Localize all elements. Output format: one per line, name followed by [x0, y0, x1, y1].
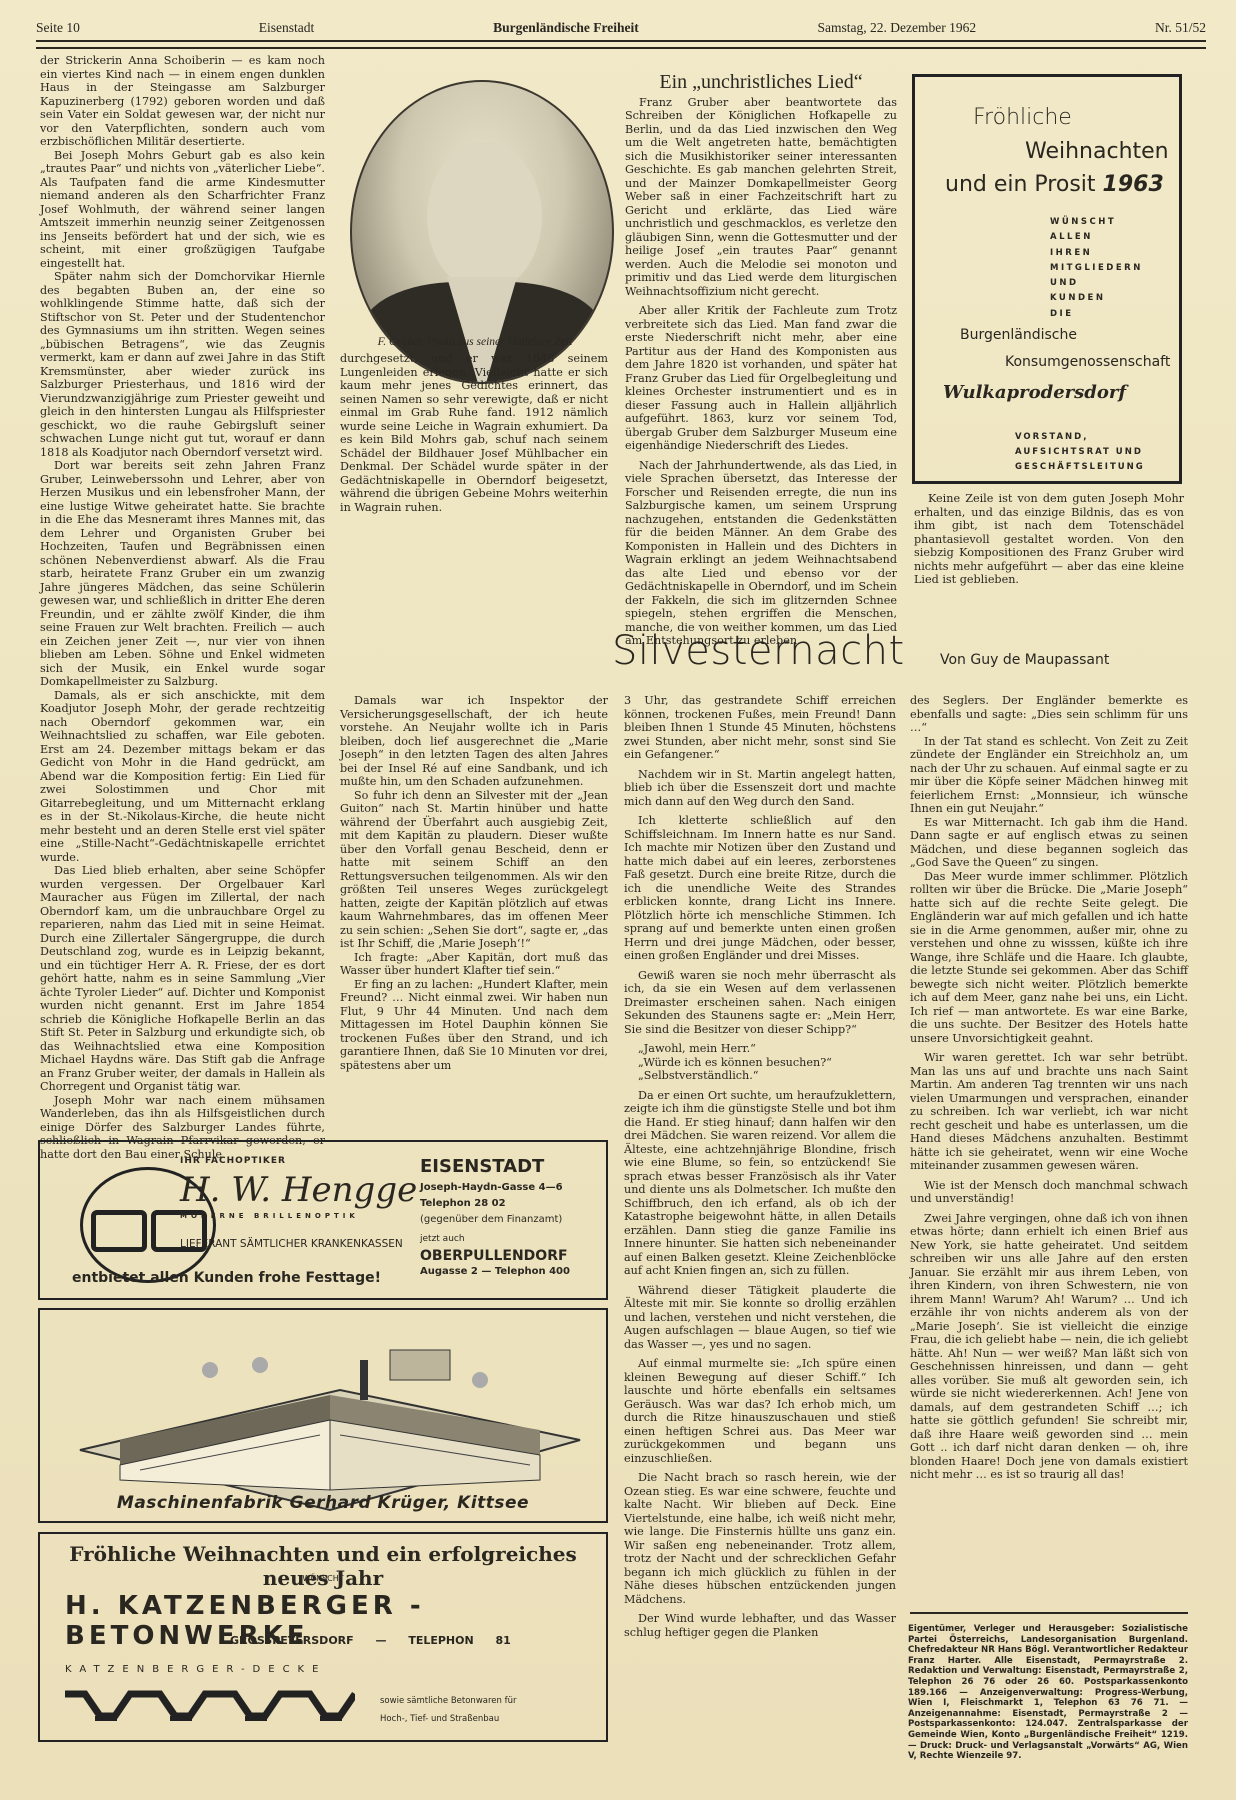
paragraph: Nachdem wir in St. Martin angelegt hatte… [624, 768, 896, 809]
paragraph: Franz Gruber aber beantwortete das Schre… [625, 96, 897, 299]
ad-org1: Burgenländische [960, 327, 1077, 343]
paragraph: Keine Zeile ist von dem guten Joseph Moh… [914, 492, 1184, 587]
ad-katzenberger-betonwerke: Fröhliche Weihnachten und ein erfolgreic… [38, 1532, 608, 1742]
ad-greeting-line3: und ein Prosit 1963 [945, 172, 1164, 197]
paragraph: Es war Mitternacht. Ich gab ihm die Hand… [910, 816, 1188, 870]
ad-product: KATZENBERGER-DECKE [65, 1664, 326, 1675]
caps-line: WÜNSCHT [1050, 215, 1143, 230]
ad-wish: WÜNSCHT [40, 1574, 606, 1583]
caps-line: IHREN [1050, 246, 1143, 261]
portrait-face [427, 142, 542, 292]
caps-line: ALLEN [1050, 230, 1143, 245]
addr-line: Joseph-Haydn-Gasse 4—6 [420, 1180, 563, 1196]
ad-city1: EISENSTADT [420, 1156, 544, 1177]
paragraph: Ich fragte: „Aber Kapitän, dort muß das … [340, 951, 608, 978]
paragraph: Später nahm sich der Domchorvikar Hiernl… [40, 270, 325, 459]
page-number: Seite 10 [36, 20, 80, 36]
subheadline: Ein „unchristliches Lied“ [625, 76, 897, 90]
paragraph: Damals war ich Inspektor der Versicherun… [340, 694, 608, 789]
story-byline: Von Guy de Maupassant [940, 652, 1109, 668]
ad-also: jetzt auch [420, 1234, 465, 1244]
ad-tagline: IHR FACHOPTIKER [180, 1156, 286, 1166]
silvester-col-a: Damals war ich Inspektor der Versicherun… [340, 694, 608, 1072]
masthead: Seite 10 Eisenstadt Burgenländische Frei… [36, 12, 1206, 36]
ad-city2: OBERPULLENDORF [420, 1248, 568, 1264]
factory-illustration-icon [60, 1330, 590, 1520]
issue-date: Samstag, 22. Dezember 1962 [818, 20, 977, 36]
paragraph: der Strickerin Anna Schoiberin — es kam … [40, 54, 325, 149]
paragraph: In der Tat stand es schlecht. Von Zeit z… [910, 735, 1188, 816]
newspaper-page: Seite 10 Eisenstadt Burgenländische Frei… [0, 0, 1236, 1800]
ad-products: sowie sämtliche Betonwaren für Hoch-, Ti… [380, 1692, 516, 1728]
caps-line: VORSTAND, [1015, 430, 1145, 445]
paragraph: Aber aller Kritik der Fachleute zum Trot… [625, 304, 897, 453]
paragraph: Bei Joseph Mohrs Geburt gab es also kein… [40, 149, 325, 271]
paragraph: Dort war bereits seit zehn Jahren Franz … [40, 459, 325, 689]
ad-hengge-optiker: IHR FACHOPTIKER H. W. Hengge MODERNE BRI… [38, 1140, 608, 1300]
ad-greeting: entbietet allen Kunden frohe Festtage! [72, 1270, 381, 1286]
masthead-rule [36, 40, 1206, 49]
story-headline: Silvesternacht [612, 628, 905, 674]
silvester-col-c: des Seglers. Der Engländer bemerkte es e… [910, 694, 1188, 1482]
gruber-article-col4: Keine Zeile ist von dem guten Joseph Moh… [914, 492, 1184, 587]
ad-company-sub: MODERNE BRILLENOPTIK [180, 1212, 359, 1220]
newspaper-title: Burgenländische Freiheit [493, 20, 639, 36]
paragraph: Das Meer wurde immer schlimmer. Plötzlic… [910, 870, 1188, 1046]
ad-address2: Augasse 2 — Telephon 400 [420, 1266, 570, 1277]
caps-line: KUNDEN [1050, 291, 1143, 306]
paragraph: des Seglers. Der Engländer bemerkte es e… [910, 694, 1188, 735]
caps-line: GESCHÄFTSLEITUNG [1015, 460, 1145, 475]
gruber-article-col3: Ein „unchristliches Lied“ Franz Gruber a… [625, 76, 897, 648]
ad-company-name: H. W. Hengge [180, 1170, 417, 1210]
ad-prosit-text: und ein Prosit [945, 172, 1096, 197]
ad-address1: Joseph-Haydn-Gasse 4—6 Telephon 28 02 (g… [420, 1180, 563, 1228]
lens-shape [91, 1210, 147, 1252]
ad-signatories: VORSTAND, AUFSICHTSRAT UND GESCHÄFTSLEIT… [1015, 430, 1145, 475]
imprint: Eigentümer, Verleger und Herausgeber: So… [908, 1624, 1188, 1762]
dialogue-line: „Selbstverständlich.“ [624, 1069, 896, 1083]
ad-caps-list: WÜNSCHT ALLEN IHREN MITGLIEDERN UND KUND… [1050, 215, 1143, 322]
ad-konsumgenossenschaft: Fröhliche Weihnachten und ein Prosit 196… [912, 74, 1182, 484]
paragraph: 3 Uhr, das gestrandete Schiff erreichen … [624, 694, 896, 762]
ad-org2: Konsumgenossenschaft [1005, 354, 1170, 370]
caps-line: AUFSICHTSRAT UND [1015, 445, 1145, 460]
paragraph: Auf einmal murmelte sie: „Ich spüre eine… [624, 1357, 896, 1465]
dialogue-line: „Jawohl, mein Herr.“ [624, 1042, 896, 1056]
paragraph: durchgesetzt, und er war 1848 seinem Lun… [340, 352, 608, 514]
ad-maschinenfabrik-krueger: Maschinenfabrik Gerhard Krüger, Kittsee [38, 1308, 608, 1523]
products-line: sowie sämtliche Betonwaren für [380, 1692, 516, 1710]
ad-company-name: Maschinenfabrik Gerhard Krüger, Kittsee [40, 1493, 606, 1513]
ad-greeting-line2: Weihnachten [1025, 139, 1169, 164]
paragraph: Er fing an zu lachen: „Hundert Klafter, … [340, 978, 608, 1073]
paragraph: Zwei Jahre vergingen, ohne daß ich von i… [910, 1212, 1188, 1482]
paragraph: Während dieser Tätigkeit plauderte die Ä… [624, 1284, 896, 1352]
ad-place: Wulkaprodersdorf [943, 382, 1126, 403]
products-line: Hoch-, Tief- und Straßenbau [380, 1710, 516, 1728]
dialogue-line: „Würde ich es können besuchen?“ [624, 1056, 896, 1070]
issue-number: Nr. 51/52 [1155, 20, 1206, 36]
paragraph: Nach der Jahrhundertwende, als das Lied,… [625, 459, 897, 648]
ad-place-phone: GROSSPETERSDORF — TELEPHON 81 [230, 1634, 511, 1647]
caps-line: UND [1050, 276, 1143, 291]
paragraph: Ich kletterte schließlich auf den Schiff… [624, 814, 896, 963]
ceiling-beam-icon [65, 1684, 355, 1724]
paragraph: Damals, als er sich anschickte, mit dem … [40, 689, 325, 865]
paragraph: Gewiß waren sie noch mehr überrascht als… [624, 969, 896, 1037]
silvester-col-b: 3 Uhr, das gestrandete Schiff erreichen … [624, 694, 896, 1639]
ad-year: 1963 [1103, 172, 1164, 197]
paragraph: Da er einen Ort suchte, um heraufzuklett… [624, 1089, 896, 1278]
paragraph: Die Nacht brach so rasch herein, wie der… [624, 1471, 896, 1606]
ad-greeting-line1: Fröhliche [973, 105, 1072, 130]
paragraph: So fuhr ich denn an Silvester mit der „J… [340, 789, 608, 951]
gruber-article-col1: der Strickerin Anna Schoiberin — es kam … [40, 54, 325, 1161]
masthead-city: Eisenstadt [259, 20, 315, 36]
tel-line: Telephon 28 02 [420, 1196, 563, 1212]
paragraph: Wie ist der Mensch doch manchmal schwach… [910, 1179, 1188, 1206]
gruber-article-col2: durchgesetzt, und er war 1848 seinem Lun… [340, 352, 608, 514]
photo-caption: F. Gruber, Photo aus seiner Halleiner Ze… [340, 336, 610, 348]
note-line: (gegenüber dem Finanzamt) [420, 1212, 563, 1228]
paragraph: Wir waren gerettet. Ich war sehr betrübt… [910, 1051, 1188, 1173]
caps-line: MITGLIEDERN [1050, 261, 1143, 276]
paragraph: Der Wind wurde lebhafter, und das Wasser… [624, 1612, 896, 1639]
ad-supplier: LIEFERANT SÄMTLICHER KRANKENKASSEN [180, 1238, 403, 1250]
imprint-rule [910, 1612, 1188, 1614]
paragraph: Das Lied blieb erhalten, aber seine Schö… [40, 864, 325, 1094]
caps-line: DIE [1050, 307, 1143, 322]
